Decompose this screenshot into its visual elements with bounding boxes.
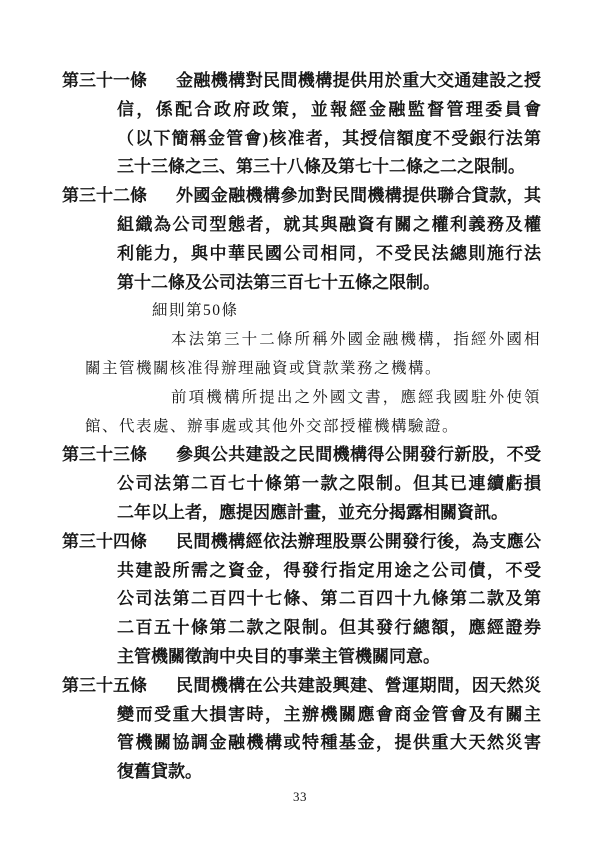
text-line: 變而受重大損害時，主辦機關應會商金管會及有關主	[117, 701, 541, 730]
article-body: 金融機構對民間機構提供用於重大交通建設之授 信，係配合政府政策，並報經金融監督管…	[117, 67, 541, 182]
text-line: 共建設所需之資金，得發行指定用途之公司債，不受	[117, 557, 541, 586]
article-body: 民間機構經依法辦理股票公開發行後，為支應公 共建設所需之資金，得發行指定用途之公…	[117, 528, 541, 672]
text-line: 信，係配合政府政策，並報經金融監督管理委員會	[117, 96, 541, 125]
rule-heading: 細則第50條	[85, 297, 541, 326]
article-number: 第三十一條	[62, 67, 147, 96]
text-line: 關主管機關核准得辦理融資或貸款業務之機構。	[85, 355, 541, 384]
article-35: 第三十五條 民間機構在公共建設興建、營運期間，因天然災 變而受重大損害時，主辦機…	[0, 672, 600, 787]
article-body: 民間機構在公共建設興建、營運期間，因天然災 變而受重大損害時，主辦機關應會商金管…	[117, 672, 541, 787]
text-line: 民間機構在公共建設興建、營運期間，因天然災	[117, 672, 541, 701]
document-page: 第三十一條 金融機構對民間機構提供用於重大交通建設之授 信，係配合政府政策，並報…	[0, 0, 600, 848]
text-line: 館、代表處、辦事處或其他外交部授權機構驗證。	[85, 413, 541, 442]
text-line: 前項機構所提出之外國文書，應經我國駐外使領	[85, 384, 541, 413]
article-number: 第三十四條	[62, 528, 147, 557]
text-line: 參與公共建設之民間機構得公開發行新股，不受	[117, 441, 541, 470]
text-line: 組織為公司型態者，就其與融資有關之權利義務及權	[117, 211, 541, 240]
article-number: 第三十三條	[62, 441, 147, 470]
text-line: 公司法第二百七十條第一款之限制。但其已連續虧損	[117, 470, 541, 499]
article-34: 第三十四條 民間機構經依法辦理股票公開發行後，為支應公 共建設所需之資金，得發行…	[0, 528, 600, 672]
enforcement-rule-block: 細則第50條 本法第三十二條所稱外國金融機構，指經外國相 關主管機關核准得辦理融…	[85, 297, 541, 441]
text-line: 主管機關徵詢中央目的事業主管機關同意。	[117, 643, 541, 672]
text-line: 公司法第二百四十七條、第二百四十九條第二款及第	[117, 585, 541, 614]
text-line: 管機關協調金融機構或特種基金，提供重大天然災害	[117, 729, 541, 758]
text-line: 二年以上者，應提因應計畫，並充分揭露相關資訊。	[117, 499, 541, 528]
text-line: 外國金融機構參加對民間機構提供聯合貸款，其	[117, 182, 541, 211]
article-33: 第三十三條 參與公共建設之民間機構得公開發行新股，不受 公司法第二百七十條第一款…	[0, 441, 600, 527]
text-line: 利能力，與中華民國公司相同，不受民法總則施行法	[117, 240, 541, 269]
article-body: 外國金融機構參加對民間機構提供聯合貸款，其 組織為公司型態者，就其與融資有關之權…	[117, 182, 541, 297]
text-line: 本法第三十二條所稱外國金融機構，指經外國相	[85, 326, 541, 355]
article-body: 參與公共建設之民間機構得公開發行新股，不受 公司法第二百七十條第一款之限制。但其…	[117, 441, 541, 527]
article-number: 第三十五條	[62, 672, 147, 701]
page-number: 33	[0, 789, 600, 805]
text-line: 金融機構對民間機構提供用於重大交通建設之授	[117, 67, 541, 96]
article-number: 第三十二條	[62, 182, 147, 211]
article-32: 第三十二條 外國金融機構參加對民間機構提供聯合貸款，其 組織為公司型態者，就其與…	[0, 182, 600, 297]
article-31: 第三十一條 金融機構對民間機構提供用於重大交通建設之授 信，係配合政府政策，並報…	[0, 67, 600, 182]
text-line: 三十三條之三、第三十八條及第七十二條之二之限制。	[117, 153, 541, 182]
text-line: 二百五十條第二款之限制。但其發行總額，應經證券	[117, 614, 541, 643]
text-line: 第十二條及公司法第三百七十五條之限制。	[117, 269, 541, 298]
text-line: （以下簡稱金管會)核准者，其授信額度不受銀行法第	[117, 125, 541, 154]
text-line: 民間機構經依法辦理股票公開發行後，為支應公	[117, 528, 541, 557]
text-line: 復舊貸款。	[117, 758, 541, 787]
